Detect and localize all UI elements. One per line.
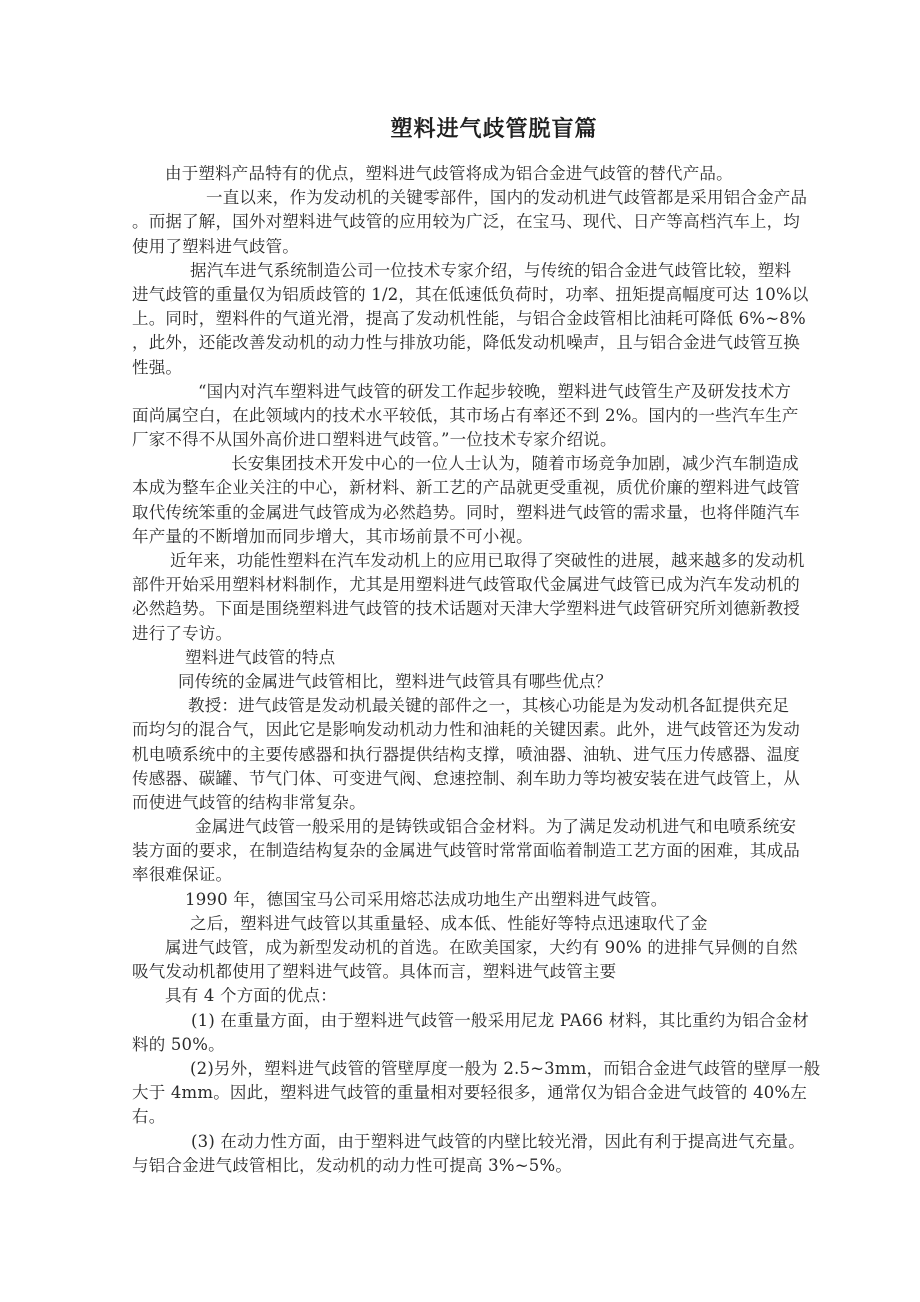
- text-line: (3) 在动力性方面，由于塑料进气歧管的内壁比较光滑，因此有利于提高进气充量。: [132, 1130, 804, 1154]
- text-line: 厂家不得不从国外高价进口塑料进气歧管。”一位技术专家介绍说。: [132, 428, 804, 452]
- text-line: 本成为整车企业关注的中心，新材料、新工艺的产品就更受重视，质优价廉的塑料进气歧管: [132, 476, 804, 500]
- text-line: ，此外，还能改善发动机的动力性与排放功能，降低发动机噪声，且与铝合金进气歧管互换: [132, 331, 804, 355]
- text-line: 由于塑料产品特有的优点，塑料进气歧管将成为铝合金进气歧管的替代产品。: [132, 162, 804, 186]
- text-line: 部件开始采用塑料材料制作，尤其是用塑料进气歧管取代金属进气歧管已成为汽车发动机的: [132, 573, 804, 597]
- text-line: 近年来，功能性塑料在汽车发动机上的应用已取得了突破性的进展，越来越多的发动机: [132, 549, 804, 573]
- text-line: 进行了专访。: [132, 622, 804, 646]
- text-line: 使用了塑料进气歧管。: [132, 235, 804, 259]
- text-line: 吸气发动机都使用了塑料进气歧管。具体而言，塑料进气歧管主要: [132, 960, 804, 984]
- text-line: 性强。: [132, 356, 804, 380]
- text-line: 装方面的要求，在制造结构复杂的金属进气歧管时常常面临着制造工艺方面的困难，其成品: [132, 839, 804, 863]
- document-title: 塑料进气歧管脱盲篇: [132, 112, 830, 143]
- document-body: 由于塑料产品特有的优点，塑料进气歧管将成为铝合金进气歧管的替代产品。一直以来，作…: [132, 162, 804, 1178]
- text-line: (2)另外，塑料进气歧管的管壁厚度一般为 2.5~3mm，而铝合金进气歧管的壁厚…: [132, 1057, 804, 1081]
- text-line: 之后，塑料进气歧管以其重量轻、成本低、性能好等特点迅速取代了金: [132, 912, 804, 936]
- text-line: 进气歧管的重量仅为铝质歧管的 1/2，其在低速低负荷时，功率、扭矩提高幅度可达 …: [132, 283, 804, 307]
- text-line: 属进气歧管，成为新型发动机的首选。在欧美国家，大约有 90% 的进排气异侧的自然: [132, 936, 804, 960]
- text-line: 而均匀的混合气，因此它是影响发动机动力性和油耗的关键因素。此外，进气歧管还为发动: [132, 718, 804, 742]
- text-line: 大于 4mm。因此，塑料进气歧管的重量相对要轻很多，通常仅为铝合金进气歧管的 4…: [132, 1081, 804, 1105]
- text-line: “国内对汽车塑料进气歧管的研发工作起步较晚，塑料进气歧管生产及研发技术方: [132, 380, 804, 404]
- text-line: 右。: [132, 1105, 804, 1129]
- text-line: 据汽车进气系统制造公司一位技术专家介绍，与传统的铝合金进气歧管比较，塑料: [132, 259, 804, 283]
- text-line: 与铝合金进气歧管相比，发动机的动力性可提高 3%~5%。: [132, 1154, 804, 1178]
- text-line: 面尚属空白，在此领域内的技术水平较低，其市场占有率还不到 2%。国内的一些汽车生…: [132, 404, 804, 428]
- document-page: 塑料进气歧管脱盲篇 由于塑料产品特有的优点，塑料进气歧管将成为铝合金进气歧管的替…: [0, 0, 920, 1302]
- text-line: (1) 在重量方面，由于塑料进气歧管一般采用尼龙 PA66 材料，其比重约为铝合…: [132, 1009, 804, 1033]
- text-line: 传感器、碳罐、节气门体、可变进气阀、怠速控制、刹车助力等均被安装在进气歧管上，从: [132, 767, 804, 791]
- text-line: 教授：进气歧管是发动机最关键的部件之一，其核心功能是为发动机各缸提供充足: [132, 694, 804, 718]
- text-line: 必然趋势。下面是围绕塑料进气歧管的技术话题对天津大学塑料进气歧管研究所刘德新教授: [132, 597, 804, 621]
- text-line: 具有 4 个方面的优点：: [132, 984, 804, 1008]
- text-line: 机电喷系统中的主要传感器和执行器提供结构支撑，喷油器、油轨、进气压力传感器、温度: [132, 743, 804, 767]
- text-line: 而使进气歧管的结构非常复杂。: [132, 791, 804, 815]
- text-line: 料的 50%。: [132, 1033, 804, 1057]
- text-line: 塑料进气歧管的特点: [132, 646, 804, 670]
- text-line: 取代传统笨重的金属进气歧管成为必然趋势。同时，塑料进气歧管的需求量，也将伴随汽车: [132, 501, 804, 525]
- text-line: 上。同时，塑料件的气道光滑，提高了发动机性能，与铝合金歧管相比油耗可降低 6%~…: [132, 307, 804, 331]
- text-line: 率很难保证。: [132, 863, 804, 887]
- text-line: 长安集团技术开发中心的一位人士认为，随着市场竞争加剧，减少汽车制造成: [132, 452, 804, 476]
- text-line: 金属进气歧管一般采用的是铸铁或铝合金材料。为了满足发动机进气和电喷系统安: [132, 815, 804, 839]
- text-line: 年产量的不断增加而同步增大，其市场前景不可小视。: [132, 525, 804, 549]
- text-line: 同传统的金属进气歧管相比，塑料进气歧管具有哪些优点？: [132, 670, 804, 694]
- text-line: 1990 年，德国宝马公司采用熔芯法成功地生产出塑料进气歧管。: [132, 888, 804, 912]
- text-line: 。而据了解，国外对塑料进气歧管的应用较为广泛，在宝马、现代、日产等高档汽车上，均: [132, 210, 804, 234]
- text-line: 一直以来，作为发动机的关键零部件，国内的发动机进气歧管都是采用铝合金产品: [132, 186, 804, 210]
